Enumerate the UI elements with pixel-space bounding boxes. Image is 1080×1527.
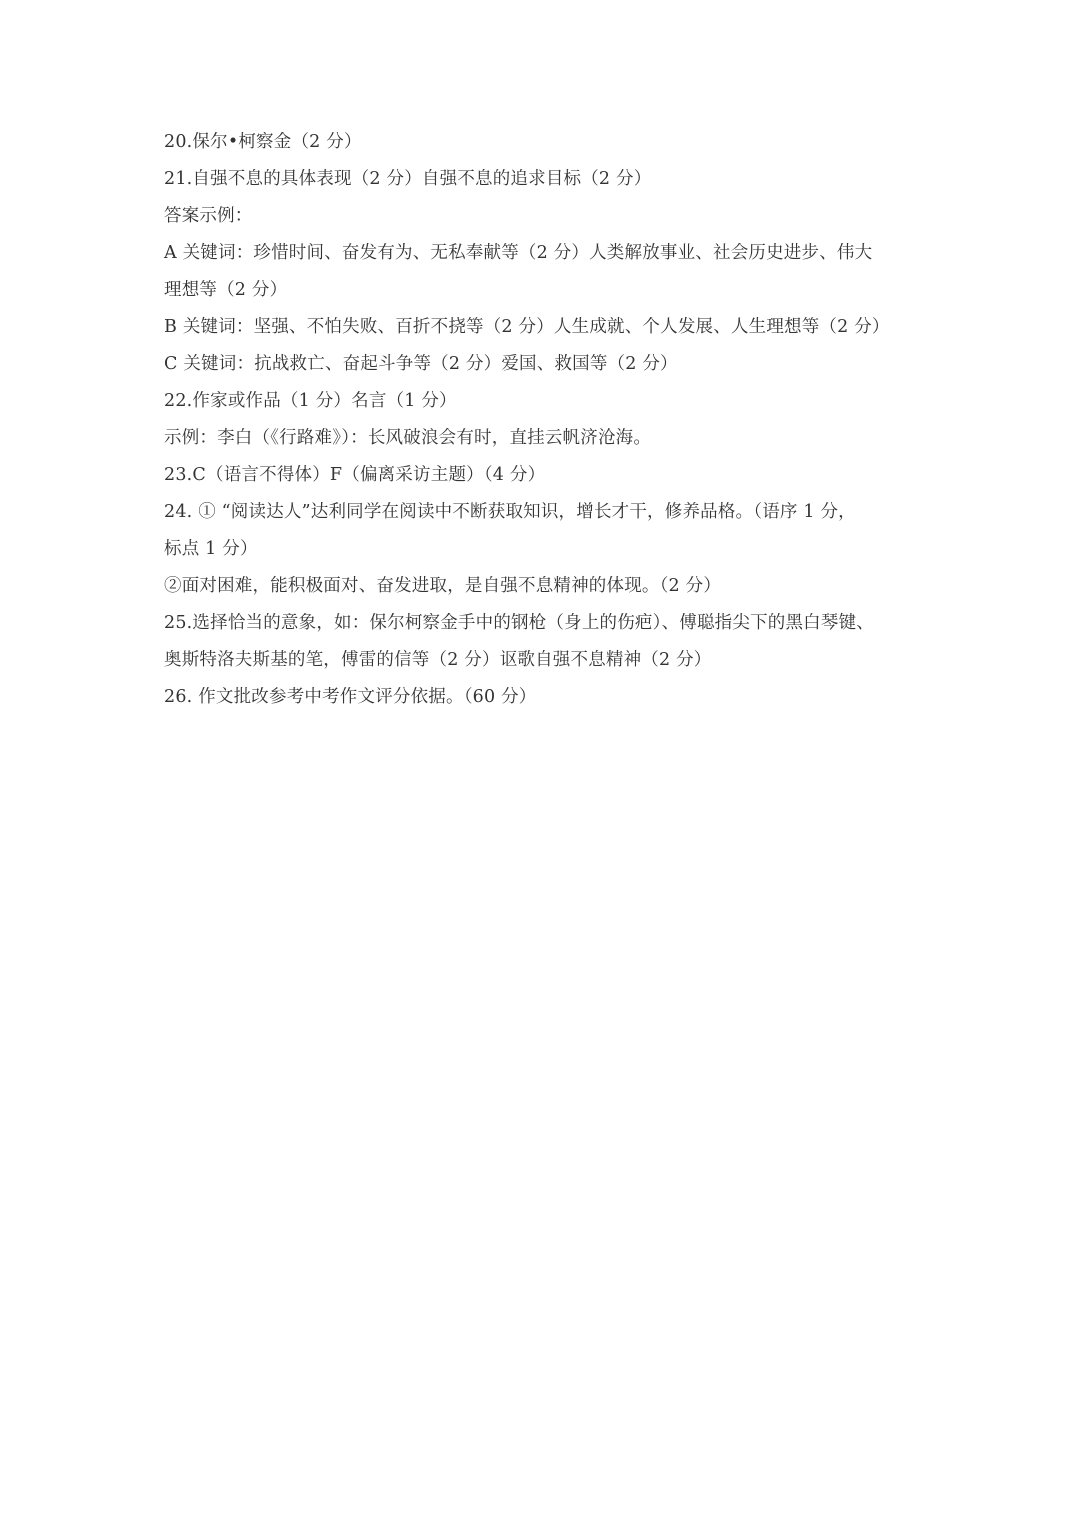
answer-key-body: 20.保尔•柯察金（2 分） 21.自强不息的具体表现（2 分）自强不息的追求目… <box>164 124 924 716</box>
answer-example-b: B 关键词：坚强、不怕失败、百折不挠等（2 分）人生成就、个人发展、人生理想等（… <box>164 309 924 346</box>
answer-25: 25.选择恰当的意象，如：保尔柯察金手中的钢枪（身上的伤疤）、傅聪指尖下的黑白琴… <box>164 605 924 642</box>
answer-25-continued: 奥斯特洛夫斯基的笔，傅雷的信等（2 分）讴歌自强不息精神（2 分） <box>164 642 924 679</box>
answer-example-c: C 关键词：抗战救亡、奋起斗争等（2 分）爱国、救国等（2 分） <box>164 346 924 383</box>
document-page: 20.保尔•柯察金（2 分） 21.自强不息的具体表现（2 分）自强不息的追求目… <box>0 0 1080 1527</box>
answer-22-example: 示例：李白（《行路难》）：长风破浪会有时，直挂云帆济沧海。 <box>164 420 924 457</box>
answer-23: 23.C（语言不得体）F（偏离采访主题）（4 分） <box>164 457 924 494</box>
answer-example-a: A 关键词：珍惜时间、奋发有为、无私奉献等（2 分）人类解放事业、社会历史进步、… <box>164 235 924 272</box>
answer-20: 20.保尔•柯察金（2 分） <box>164 124 924 161</box>
answer-24-part1: 24. ① “阅读达人”达利同学在阅读中不断获取知识，增长才干，修养品格。（语序… <box>164 494 924 531</box>
answer-24-part2: ②面对困难，能积极面对、奋发进取，是自强不息精神的体现。（2 分） <box>164 568 924 605</box>
answer-example-heading: 答案示例： <box>164 198 924 235</box>
answer-24-part1-continued: 标点 1 分） <box>164 531 924 568</box>
answer-26: 26. 作文批改参考中考作文评分依据。（60 分） <box>164 679 924 716</box>
answer-22: 22.作家或作品（1 分）名言（1 分） <box>164 383 924 420</box>
answer-21: 21.自强不息的具体表现（2 分）自强不息的追求目标（2 分） <box>164 161 924 198</box>
answer-example-a-continued: 理想等（2 分） <box>164 272 924 309</box>
